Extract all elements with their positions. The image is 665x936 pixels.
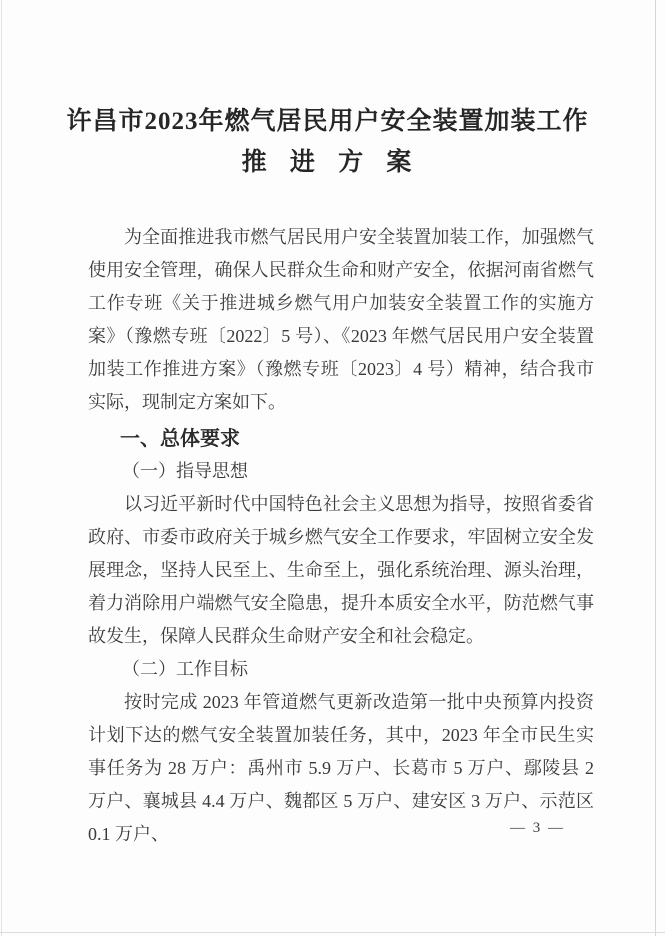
scan-edge-right — [655, 0, 656, 936]
sub-heading: （二）工作目标 — [88, 653, 594, 686]
document-title-line2: 推 进 方 案 — [0, 142, 655, 183]
page-number: — 3 — — [510, 820, 565, 837]
sub-heading: （一）指导思想 — [88, 455, 594, 488]
document-title-line1: 许昌市2023年燃气居民用户安全装置加装工作 — [66, 108, 588, 135]
document-page: 许昌市2023年燃气居民用户安全装置加装工作 推 进 方 案 为全面推进我市燃气… — [0, 0, 665, 936]
body-paragraph: 以习近平新时代中国特色社会主义思想为指导，按照省委省政府、市委市政府关于城乡燃气… — [88, 488, 594, 653]
body-paragraph: 为全面推进我市燃气居民用户安全装置加装工作，加强燃气使用安全管理，确保人民群众生… — [88, 221, 594, 419]
document-body: 为全面推进我市燃气居民用户安全装置加装工作，加强燃气使用安全管理，确保人民群众生… — [88, 221, 594, 851]
section-heading: 一、总体要求 — [88, 423, 594, 455]
scan-edge-bottom — [0, 932, 665, 933]
document-title: 许昌市2023年燃气居民用户安全装置加装工作 推 进 方 案 — [0, 101, 655, 183]
